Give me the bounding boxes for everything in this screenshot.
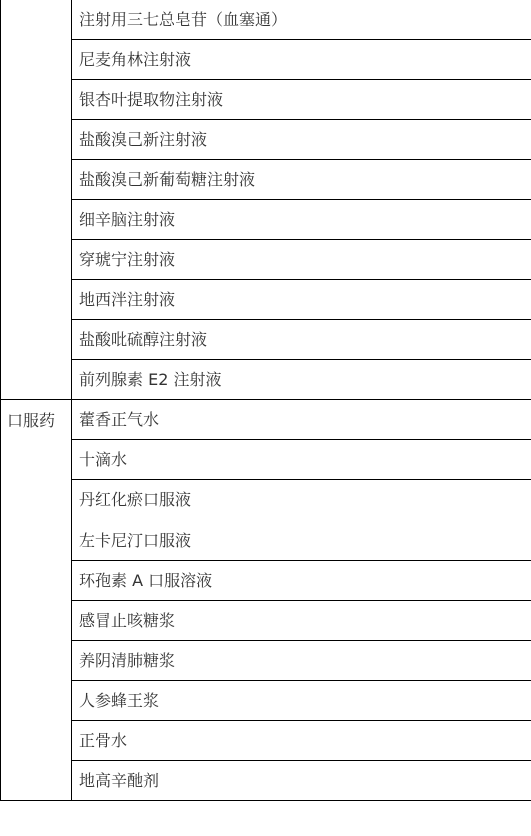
drug-name: 丹红化瘀口服液 <box>79 490 531 510</box>
drug-name: 环孢素 A 口服溶液 <box>79 571 531 591</box>
table-row: 感冒止咳糖浆 <box>1 601 531 641</box>
table-row: 环孢素 A 口服溶液 <box>1 561 531 601</box>
drug-name: 穿琥宁注射液 <box>79 250 531 270</box>
drug-name: 十滴水 <box>79 450 531 470</box>
drug-cell: 穿琥宁注射液 <box>72 240 531 280</box>
drug-name: 地高辛酏剂 <box>79 771 531 791</box>
drug-name: 养阴清肺糖浆 <box>79 651 531 671</box>
drug-name: 盐酸吡硫醇注射液 <box>79 330 531 350</box>
drug-name: 盐酸溴己新注射液 <box>79 130 531 150</box>
table-row: 养阴清肺糖浆 <box>1 641 531 681</box>
table-row: 地高辛酏剂 <box>1 761 531 801</box>
table-row: 地西泮注射液 <box>1 280 531 320</box>
table-row: 穿琥宁注射液 <box>1 240 531 280</box>
table-row: 十滴水 <box>1 440 531 480</box>
drug-name: 正骨水 <box>79 731 531 751</box>
drug-name: 注射用三七总皂苷（血塞通） <box>79 10 531 30</box>
drug-name: 藿香正气水 <box>79 410 531 430</box>
drug-cell: 人参蜂王浆 <box>72 681 531 721</box>
drug-cell: 藿香正气水 <box>72 400 531 440</box>
drug-name: 地西泮注射液 <box>79 290 531 310</box>
drug-cell: 尼麦角林注射液 <box>72 40 531 80</box>
drug-list-table: 注射用三七总皂苷（血塞通） 尼麦角林注射液 银杏叶提取物注射液 盐酸溴己新注射液… <box>0 0 531 801</box>
table-row: 盐酸吡硫醇注射液 <box>1 320 531 360</box>
drug-name: 尼麦角林注射液 <box>79 50 531 70</box>
table-row: 银杏叶提取物注射液 <box>1 80 531 120</box>
drug-cell: 前列腺素 E2 注射液 <box>72 360 531 400</box>
category-label: 口服药 <box>7 411 55 430</box>
table-row: 盐酸溴己新注射液 <box>1 120 531 160</box>
table-row: 前列腺素 E2 注射液 <box>1 360 531 400</box>
drug-name: 感冒止咳糖浆 <box>79 611 531 631</box>
table-row: 尼麦角林注射液 <box>1 40 531 80</box>
drug-cell: 银杏叶提取物注射液 <box>72 80 531 120</box>
table-row: 注射用三七总皂苷（血塞通） <box>1 0 531 40</box>
drug-cell: 环孢素 A 口服溶液 <box>72 561 531 601</box>
table-row: 正骨水 <box>1 721 531 761</box>
drug-cell: 丹红化瘀口服液 左卡尼汀口服液 <box>72 480 531 561</box>
drug-name: 左卡尼汀口服液 <box>79 531 531 551</box>
table-row: 丹红化瘀口服液 左卡尼汀口服液 <box>1 480 531 561</box>
drug-cell: 十滴水 <box>72 440 531 480</box>
drug-cell: 盐酸吡硫醇注射液 <box>72 320 531 360</box>
table-row: 盐酸溴己新葡萄糖注射液 <box>1 160 531 200</box>
drug-cell: 细辛脑注射液 <box>72 200 531 240</box>
drug-name: 细辛脑注射液 <box>79 210 531 230</box>
drug-cell: 注射用三七总皂苷（血塞通） <box>72 0 531 40</box>
drug-name: 盐酸溴己新葡萄糖注射液 <box>79 170 531 190</box>
drug-cell: 地高辛酏剂 <box>72 761 531 801</box>
drug-cell: 盐酸溴己新葡萄糖注射液 <box>72 160 531 200</box>
drug-cell: 地西泮注射液 <box>72 280 531 320</box>
drug-cell: 正骨水 <box>72 721 531 761</box>
drug-cell: 盐酸溴己新注射液 <box>72 120 531 160</box>
table-row: 人参蜂王浆 <box>1 681 531 721</box>
category-cell: 口服药 <box>1 400 72 801</box>
table-row: 口服药 藿香正气水 <box>1 400 531 440</box>
drug-cell: 感冒止咳糖浆 <box>72 601 531 641</box>
table-row: 细辛脑注射液 <box>1 200 531 240</box>
drug-name: 银杏叶提取物注射液 <box>79 90 531 110</box>
category-cell <box>1 0 72 400</box>
drug-cell: 养阴清肺糖浆 <box>72 641 531 681</box>
drug-name: 人参蜂王浆 <box>79 691 531 711</box>
drug-name: 前列腺素 E2 注射液 <box>79 370 531 390</box>
